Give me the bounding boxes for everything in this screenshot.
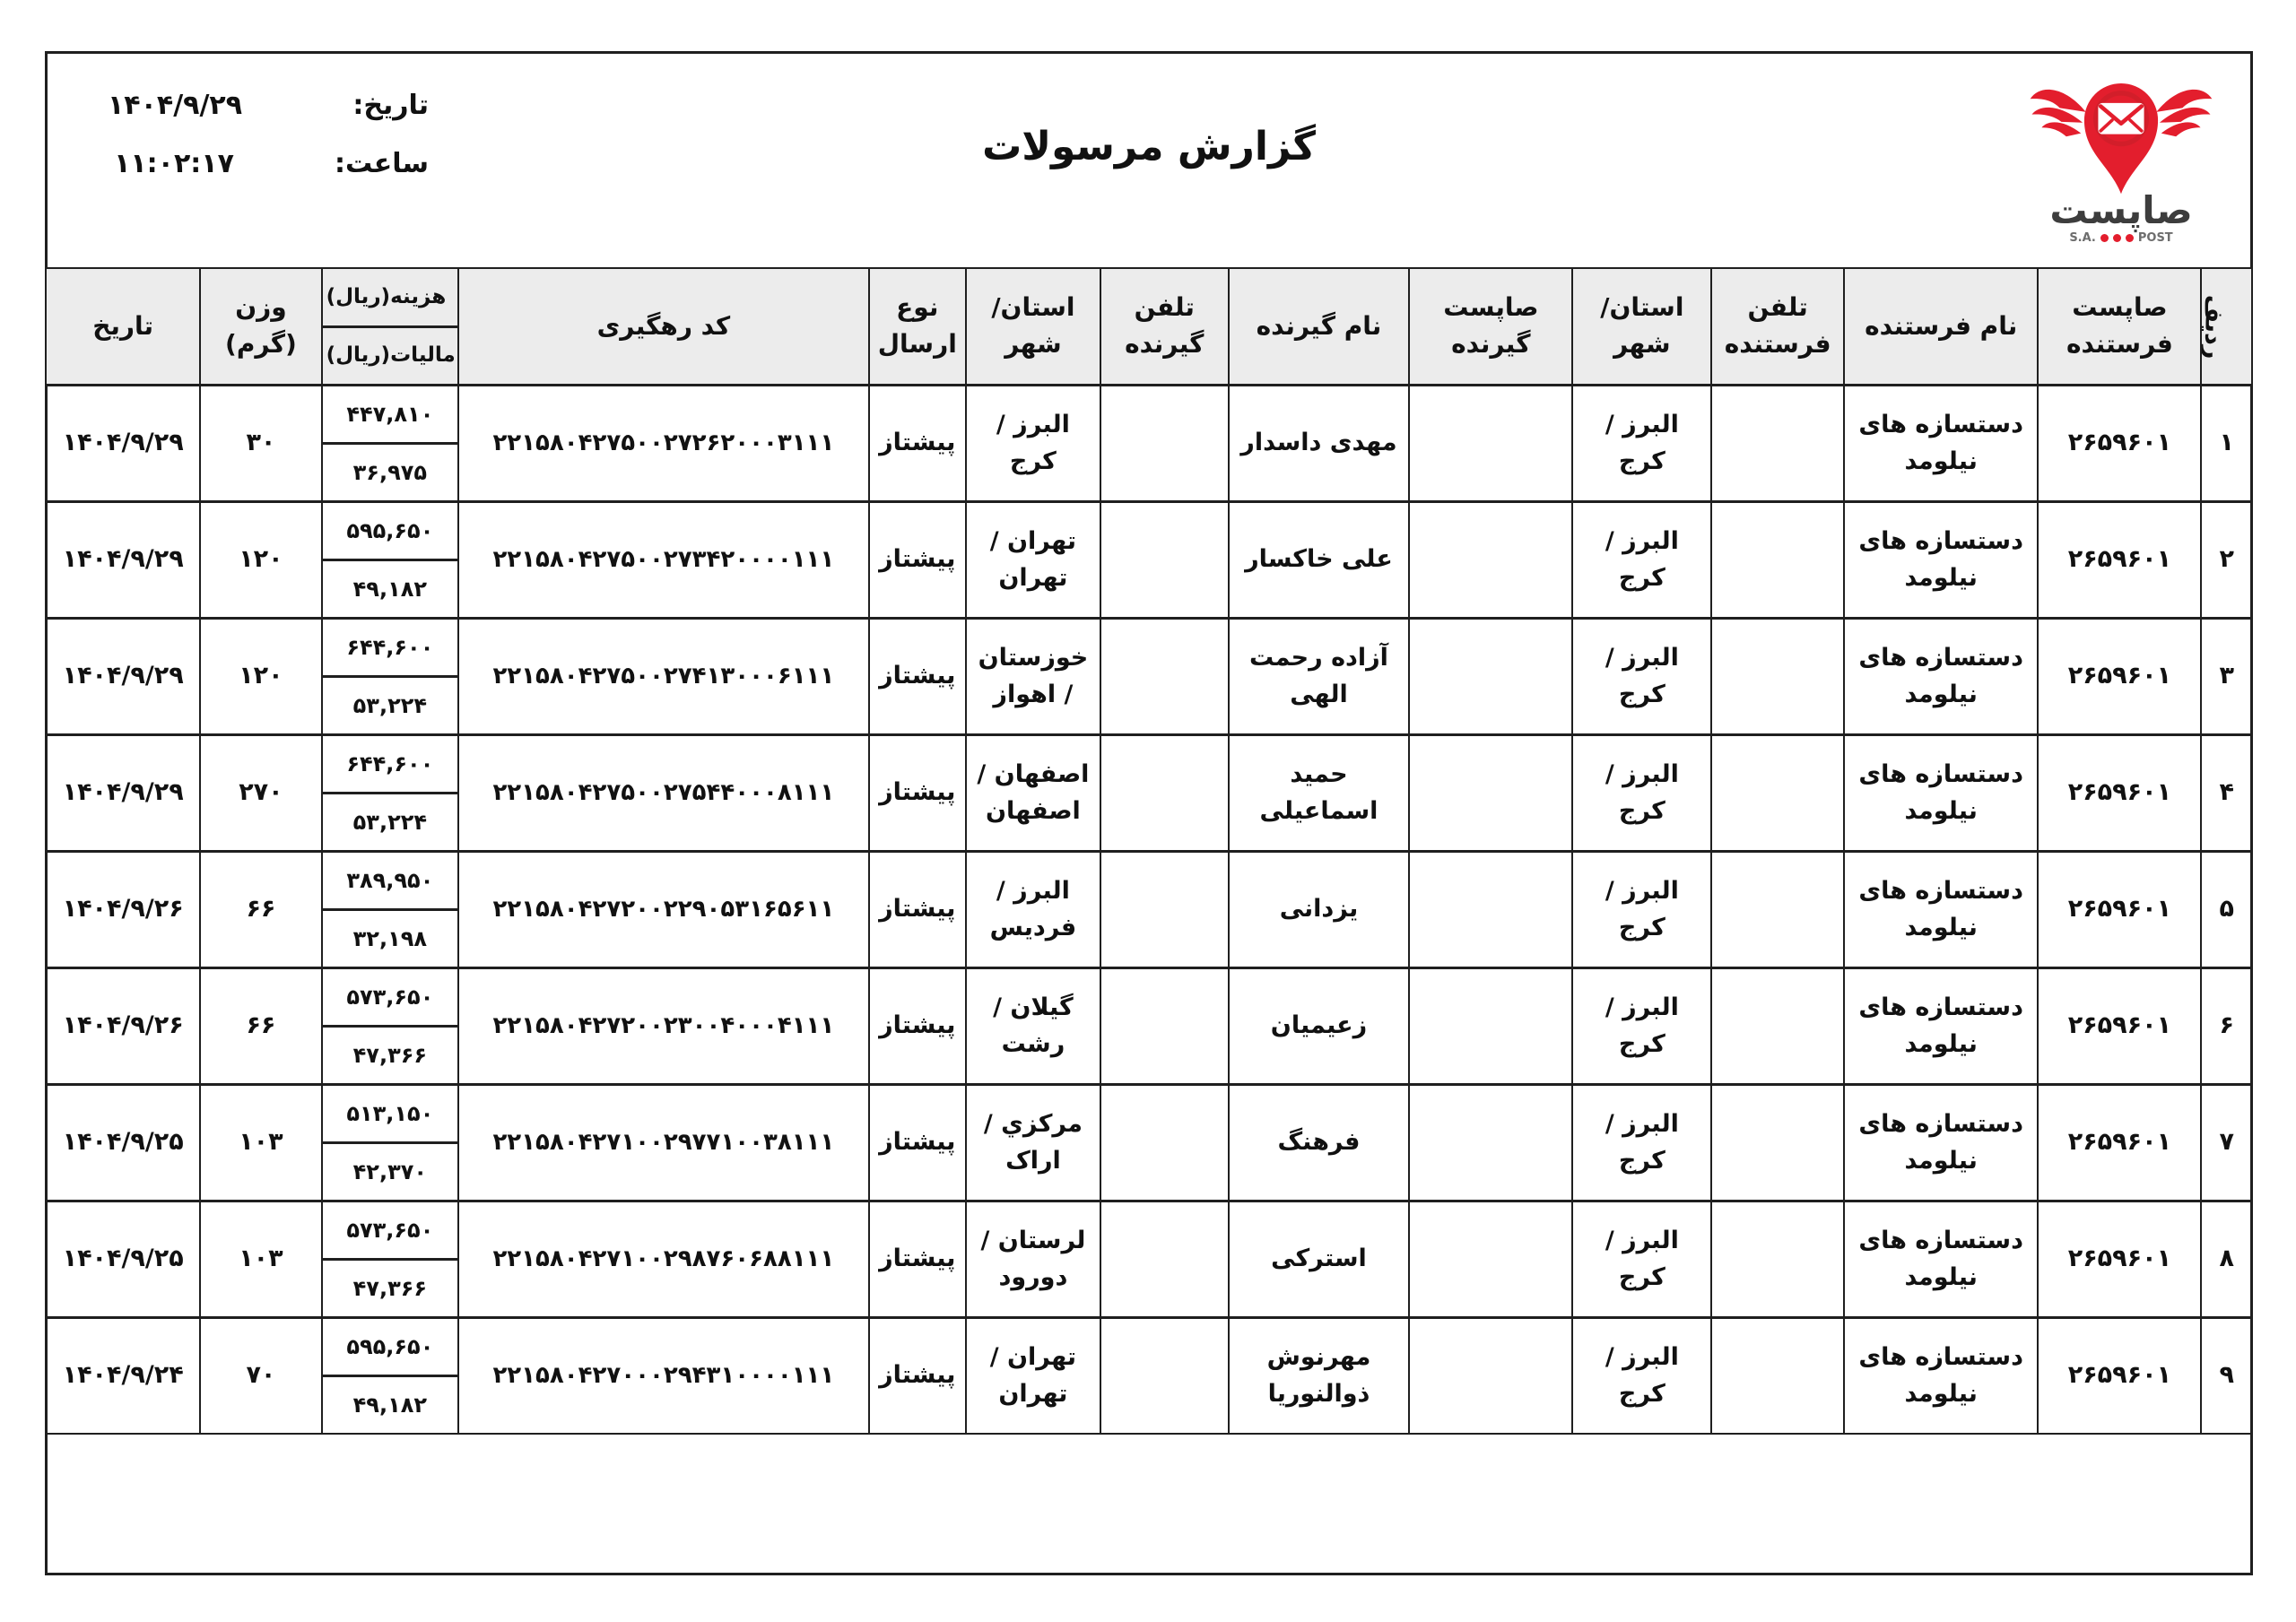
cell-weight: ۶۶	[200, 968, 321, 1085]
cell-receiver-phone	[1100, 968, 1229, 1085]
cell-sender-region: البرز / کرج	[1572, 502, 1711, 619]
header-sender-region: استان/ شهر	[1572, 268, 1711, 386]
cell-sender-sapost: ۲۶۵۹۶۰۱	[2038, 852, 2201, 968]
cell-cost-value: ۵۷۳,۶۵۰	[323, 1202, 458, 1261]
sapost-logo-subtext: S.A. POST	[2015, 231, 2227, 245]
cell-sender-name: دستسازه های نیلومد	[1844, 619, 2038, 735]
header-sender-name: نام فرستنده	[1844, 268, 2038, 386]
cell-sender-sapost: ۲۶۵۹۶۰۱	[2038, 735, 2201, 852]
cell-date: ۱۴۰۴/۹/۲۹	[46, 502, 200, 619]
cell-sender-name: دستسازه های نیلومد	[1844, 852, 2038, 968]
cell-send-type: پیشتاز	[869, 386, 966, 502]
cell-sender-sapost: ۲۶۵۹۶۰۱	[2038, 386, 2201, 502]
cell-date: ۱۴۰۴/۹/۲۹	[46, 735, 200, 852]
cell-sender-sapost: ۲۶۵۹۶۰۱	[2038, 619, 2201, 735]
cell-date: ۱۴۰۴/۹/۲۹	[46, 619, 200, 735]
cell-receiver-name: مهرنوش ذوالنوریا	[1229, 1318, 1410, 1435]
cell-sender-phone	[1711, 502, 1844, 619]
report-date-label: تاریخ:	[335, 90, 429, 121]
header-receiver-phone: تلفن گیرنده	[1100, 268, 1229, 386]
cell-sender-name: دستسازه های نیلومد	[1844, 502, 2038, 619]
cell-cost-value: ۵۱۳,۱۵۰	[323, 1086, 458, 1144]
cell-receiver-sapost	[1409, 619, 1572, 735]
cell-tax-value: ۴۲,۳۷۰	[323, 1144, 458, 1200]
cell-weight: ۱۲۰	[200, 619, 321, 735]
table-header-row: ردیف صاپست فرستنده نام فرستنده تلفن فرست…	[46, 268, 2252, 386]
cell-sender-phone	[1711, 1085, 1844, 1201]
cell-send-type: پیشتاز	[869, 1201, 966, 1318]
cell-send-type: پیشتاز	[869, 502, 966, 619]
cell-sender-sapost: ۲۶۵۹۶۰۱	[2038, 1201, 2201, 1318]
cell-row-number: ۶	[2201, 968, 2252, 1085]
cell-cost-tax: ۵۹۵,۶۵۰۴۹,۱۸۲	[322, 502, 459, 619]
cell-sender-phone	[1711, 852, 1844, 968]
cell-sender-phone	[1711, 619, 1844, 735]
cell-tax-value: ۳۶,۹۷۵	[323, 445, 458, 500]
cell-receiver-sapost	[1409, 1318, 1572, 1435]
header-receiver-name: نام گیرنده	[1229, 268, 1410, 386]
cell-cost-tax: ۵۷۳,۶۵۰۴۷,۳۶۶	[322, 968, 459, 1085]
cell-tracking-code: ۲۲۱۵۸۰۴۲۷۱۰۰۲۹۷۷۱۰۰۳۸۱۱۱	[458, 1085, 869, 1201]
cell-tax-value: ۵۳,۲۲۴	[323, 678, 458, 733]
cell-receiver-region: گیلان / رشت	[966, 968, 1100, 1085]
cell-row-number: ۵	[2201, 852, 2252, 968]
cell-sender-name: دستسازه های نیلومد	[1844, 968, 2038, 1085]
logo-dot-icon	[2113, 234, 2121, 242]
cell-row-number: ۹	[2201, 1318, 2252, 1435]
sapost-logo-en-prefix: S.A.	[2069, 231, 2096, 245]
cell-sender-region: البرز / کرج	[1572, 735, 1711, 852]
cell-sender-phone	[1711, 386, 1844, 502]
cell-receiver-sapost	[1409, 386, 1572, 502]
cell-sender-region: البرز / کرج	[1572, 968, 1711, 1085]
cell-receiver-sapost	[1409, 1201, 1572, 1318]
cell-receiver-name: یزدانی	[1229, 852, 1410, 968]
cell-tracking-code: ۲۲۱۵۸۰۴۲۷۲۰۰۲۳۰۰۴۰۰۰۴۱۱۱	[458, 968, 869, 1085]
cell-weight: ۳۰	[200, 386, 321, 502]
cell-receiver-sapost	[1409, 968, 1572, 1085]
cell-receiver-region: تهران / تهران	[966, 502, 1100, 619]
cell-weight: ۱۰۳	[200, 1085, 321, 1201]
cell-receiver-name: مهدی داسدار	[1229, 386, 1410, 502]
cell-sender-sapost: ۲۶۵۹۶۰۱	[2038, 1085, 2201, 1201]
cell-sender-sapost: ۲۶۵۹۶۰۱	[2038, 502, 2201, 619]
cell-sender-region: البرز / کرج	[1572, 852, 1711, 968]
cell-cost-tax: ۳۸۹,۹۵۰۳۲,۱۹۸	[322, 852, 459, 968]
cell-receiver-region: مرکزي / اراک	[966, 1085, 1100, 1201]
cell-sender-region: البرز / کرج	[1572, 386, 1711, 502]
cell-cost-tax: ۶۴۴,۶۰۰۵۳,۲۲۴	[322, 619, 459, 735]
cell-cost-value: ۵۹۵,۶۵۰	[323, 503, 458, 561]
cell-sender-name: دستسازه های نیلومد	[1844, 386, 2038, 502]
cell-date: ۱۴۰۴/۹/۲۵	[46, 1085, 200, 1201]
cell-date: ۱۴۰۴/۹/۲۶	[46, 852, 200, 968]
cell-weight: ۱۲۰	[200, 502, 321, 619]
header-weight: وزن (گرم)	[200, 268, 321, 386]
cell-receiver-phone	[1100, 386, 1229, 502]
table-body: ۱۲۶۵۹۶۰۱دستسازه های نیلومدالبرز / کرجمهد…	[46, 386, 2252, 1435]
cell-receiver-phone	[1100, 735, 1229, 852]
cell-send-type: پیشتاز	[869, 619, 966, 735]
cell-receiver-name: علی خاکسار	[1229, 502, 1410, 619]
cell-cost-tax: ۵۱۳,۱۵۰۴۲,۳۷۰	[322, 1085, 459, 1201]
header-receiver-sapost: صاپست گیرنده	[1409, 268, 1572, 386]
table-row: ۷۲۶۵۹۶۰۱دستسازه های نیلومدالبرز / کرجفره…	[46, 1085, 2252, 1201]
cell-sender-name: دستسازه های نیلومد	[1844, 1201, 2038, 1318]
cell-tracking-code: ۲۲۱۵۸۰۴۲۷۰۰۰۲۹۴۳۱۰۰۰۰۱۱۱	[458, 1318, 869, 1435]
cell-cost-value: ۶۴۴,۶۰۰	[323, 736, 458, 794]
report-meta: تاریخ: ۱۴۰۴/۹/۲۹ ساعت: ۱۱:۰۲:۱۷	[89, 90, 429, 206]
cell-send-type: پیشتاز	[869, 735, 966, 852]
cell-cost-value: ۵۷۳,۶۵۰	[323, 969, 458, 1028]
cell-receiver-phone	[1100, 1318, 1229, 1435]
cell-sender-region: البرز / کرج	[1572, 1201, 1711, 1318]
cell-date: ۱۴۰۴/۹/۲۹	[46, 386, 200, 502]
table-row: ۶۲۶۵۹۶۰۱دستسازه های نیلومدالبرز / کرجزعی…	[46, 968, 2252, 1085]
cell-receiver-sapost	[1409, 735, 1572, 852]
table-row: ۳۲۶۵۹۶۰۱دستسازه های نیلومدالبرز / کرجآزا…	[46, 619, 2252, 735]
cell-receiver-region: البرز / فردیس	[966, 852, 1100, 968]
cell-tax-value: ۵۳,۲۲۴	[323, 794, 458, 850]
cell-receiver-phone	[1100, 619, 1229, 735]
cell-row-number: ۳	[2201, 619, 2252, 735]
cell-cost-tax: ۵۷۳,۶۵۰۴۷,۳۶۶	[322, 1201, 459, 1318]
cell-tracking-code: ۲۲۱۵۸۰۴۲۷۵۰۰۲۷۲۶۲۰۰۰۳۱۱۱	[458, 386, 869, 502]
cell-row-number: ۲	[2201, 502, 2252, 619]
report-date-value: ۱۴۰۴/۹/۲۹	[90, 90, 260, 121]
header-tax-label: مالیات(ریال)	[323, 328, 458, 385]
report-time-value: ۱۱:۰۲:۱۷	[89, 148, 259, 179]
cell-sender-name: دستسازه های نیلومد	[1844, 1318, 2038, 1435]
cell-row-number: ۱	[2201, 386, 2252, 502]
cell-sender-phone	[1711, 1201, 1844, 1318]
cell-receiver-phone	[1100, 502, 1229, 619]
cell-receiver-sapost	[1409, 502, 1572, 619]
cell-weight: ۱۰۳	[200, 1201, 321, 1318]
cell-send-type: پیشتاز	[869, 1318, 966, 1435]
shipments-table: ردیف صاپست فرستنده نام فرستنده تلفن فرست…	[45, 267, 2253, 1435]
cell-receiver-phone	[1100, 1085, 1229, 1201]
cell-sender-sapost: ۲۶۵۹۶۰۱	[2038, 968, 2201, 1085]
cell-tracking-code: ۲۲۱۵۸۰۴۲۷۵۰۰۲۷۴۱۳۰۰۰۶۱۱۱	[458, 619, 869, 735]
table-row: ۹۲۶۵۹۶۰۱دستسازه های نیلومدالبرز / کرجمهر…	[46, 1318, 2252, 1435]
cell-tax-value: ۴۹,۱۸۲	[323, 1377, 458, 1433]
sapost-logo-wordmark: صاپست	[2015, 192, 2227, 230]
cell-tracking-code: ۲۲۱۵۸۰۴۲۷۲۰۰۲۲۹۰۵۳۱۶۵۶۱۱	[458, 852, 869, 968]
cell-sender-sapost: ۲۶۵۹۶۰۱	[2038, 1318, 2201, 1435]
cell-tax-value: ۴۹,۱۸۲	[323, 561, 458, 617]
cell-sender-phone	[1711, 1318, 1844, 1435]
header-date: تاریخ	[46, 268, 200, 386]
cell-cost-tax: ۴۴۷,۸۱۰۳۶,۹۷۵	[322, 386, 459, 502]
sapost-logo: صاپست S.A. POST	[2015, 63, 2227, 245]
header-tracking-code: کد رهگیری	[458, 268, 869, 386]
cell-row-number: ۸	[2201, 1201, 2252, 1318]
sapost-logo-en-suffix: POST	[2138, 231, 2173, 245]
cell-sender-phone	[1711, 968, 1844, 1085]
cell-cost-tax: ۵۹۵,۶۵۰۴۹,۱۸۲	[322, 1318, 459, 1435]
cell-receiver-name: استرکی	[1229, 1201, 1410, 1318]
cell-receiver-region: خوزستان / اهواز	[966, 619, 1100, 735]
cell-sender-region: البرز / کرج	[1572, 1085, 1711, 1201]
header-sender-phone: تلفن فرستنده	[1711, 268, 1844, 386]
cell-sender-name: دستسازه های نیلومد	[1844, 1085, 2038, 1201]
cell-row-number: ۴	[2201, 735, 2252, 852]
cell-cost-value: ۳۸۹,۹۵۰	[323, 853, 458, 911]
cell-receiver-region: البرز / کرج	[966, 386, 1100, 502]
cell-receiver-sapost	[1409, 1085, 1572, 1201]
cell-receiver-phone	[1100, 852, 1229, 968]
cell-sender-phone	[1711, 735, 1844, 852]
table-row: ۱۲۶۵۹۶۰۱دستسازه های نیلومدالبرز / کرجمهد…	[46, 386, 2252, 502]
cell-receiver-region: اصفهان / اصفهان	[966, 735, 1100, 852]
cell-tracking-code: ۲۲۱۵۸۰۴۲۷۵۰۰۲۷۳۴۲۰۰۰۰۱۱۱	[458, 502, 869, 619]
cell-receiver-name: آزاده رحمت الهی	[1229, 619, 1410, 735]
table-row: ۸۲۶۵۹۶۰۱دستسازه های نیلومدالبرز / کرجاست…	[46, 1201, 2252, 1318]
cell-weight: ۷۰	[200, 1318, 321, 1435]
cell-row-number: ۷	[2201, 1085, 2252, 1201]
header-row-number-label: ردیف	[2201, 294, 2231, 359]
cell-weight: ۲۷۰	[200, 735, 321, 852]
cell-send-type: پیشتاز	[869, 968, 966, 1085]
report-page: تاریخ: ۱۴۰۴/۹/۲۹ ساعت: ۱۱:۰۲:۱۷ گزارش مر…	[45, 51, 2253, 1575]
header-cost-label: هزینه(ریال)	[323, 269, 458, 328]
cell-tax-value: ۳۲,۱۹۸	[323, 911, 458, 967]
header-send-type: نوع ارسال	[869, 268, 966, 386]
cell-send-type: پیشتاز	[869, 852, 966, 968]
cell-tax-value: ۴۷,۳۶۶	[323, 1028, 458, 1083]
cell-date: ۱۴۰۴/۹/۲۵	[46, 1201, 200, 1318]
cell-send-type: پیشتاز	[869, 1085, 966, 1201]
cell-receiver-name: فرهنگ	[1229, 1085, 1410, 1201]
cell-cost-value: ۶۴۴,۶۰۰	[323, 620, 458, 678]
cell-receiver-name: حمید اسماعیلی	[1229, 735, 1410, 852]
cell-sender-region: البرز / کرج	[1572, 619, 1711, 735]
cell-tracking-code: ۲۲۱۵۸۰۴۲۷۵۰۰۲۷۵۴۴۰۰۰۸۱۱۱	[458, 735, 869, 852]
report-date-row: تاریخ: ۱۴۰۴/۹/۲۹	[89, 90, 429, 121]
cell-cost-tax: ۶۴۴,۶۰۰۵۳,۲۲۴	[322, 735, 459, 852]
cell-receiver-name: زعیمیان	[1229, 968, 1410, 1085]
table-header: ردیف صاپست فرستنده نام فرستنده تلفن فرست…	[46, 268, 2252, 386]
cell-sender-region: البرز / کرج	[1572, 1318, 1711, 1435]
report-time-row: ساعت: ۱۱:۰۲:۱۷	[89, 148, 429, 179]
cell-receiver-region: لرستان / دورود	[966, 1201, 1100, 1318]
logo-dot-icon	[2100, 234, 2109, 242]
sapost-logo-icon	[2027, 63, 2215, 197]
page-title: گزارش مرسولات	[982, 124, 1316, 169]
header-cost-tax: هزینه(ریال) مالیات(ریال)	[322, 268, 459, 386]
cell-cost-value: ۴۴۷,۸۱۰	[323, 386, 458, 445]
cell-cost-value: ۵۹۵,۶۵۰	[323, 1319, 458, 1377]
cell-date: ۱۴۰۴/۹/۲۴	[46, 1318, 200, 1435]
header-sender-sapost: صاپست فرستنده	[2038, 268, 2201, 386]
header-row-number: ردیف	[2201, 268, 2252, 386]
cell-receiver-sapost	[1409, 852, 1572, 968]
cell-receiver-region: تهران / تهران	[966, 1318, 1100, 1435]
report-time-label: ساعت:	[335, 148, 429, 179]
table-row: ۲۲۶۵۹۶۰۱دستسازه های نیلومدالبرز / کرجعلی…	[46, 502, 2252, 619]
cell-date: ۱۴۰۴/۹/۲۶	[46, 968, 200, 1085]
table-row: ۴۲۶۵۹۶۰۱دستسازه های نیلومدالبرز / کرجحمی…	[46, 735, 2252, 852]
logo-dot-icon	[2126, 234, 2134, 242]
cell-sender-name: دستسازه های نیلومد	[1844, 735, 2038, 852]
header-receiver-region: استان/ شهر	[966, 268, 1100, 386]
cell-tracking-code: ۲۲۱۵۸۰۴۲۷۱۰۰۲۹۸۷۶۰۶۸۸۱۱۱	[458, 1201, 869, 1318]
cell-receiver-phone	[1100, 1201, 1229, 1318]
cell-tax-value: ۴۷,۳۶۶	[323, 1261, 458, 1316]
cell-weight: ۶۶	[200, 852, 321, 968]
table-row: ۵۲۶۵۹۶۰۱دستسازه های نیلومدالبرز / کرجیزد…	[46, 852, 2252, 968]
